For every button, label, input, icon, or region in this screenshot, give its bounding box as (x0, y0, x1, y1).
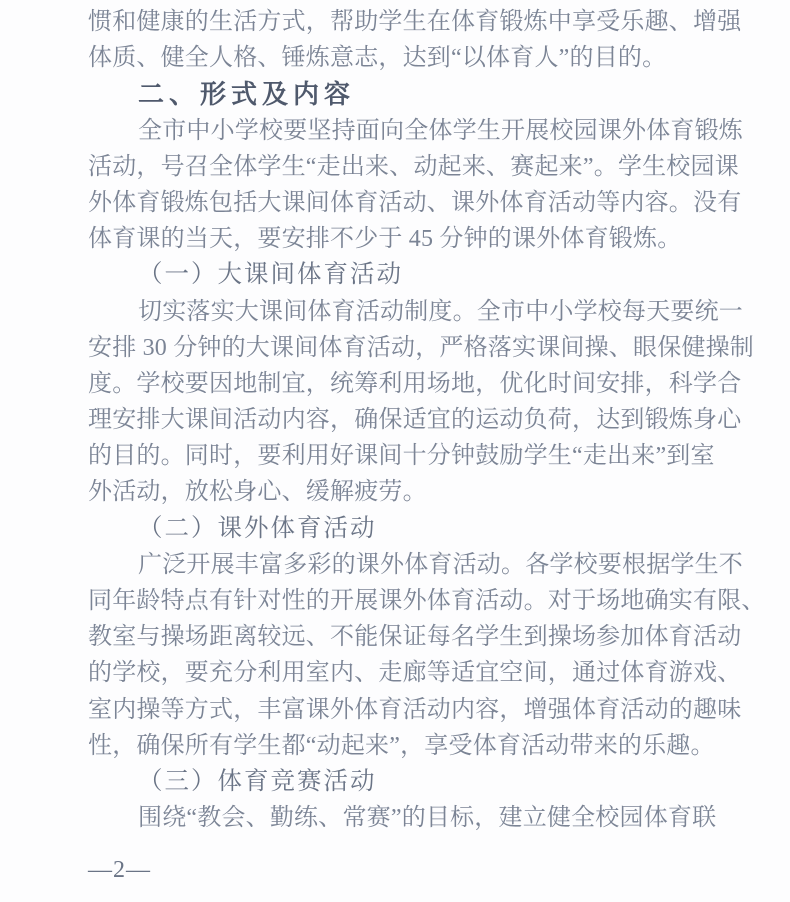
text-line: 教室与操场距离较远、不能保证每名学生到操场参加体育活动 (88, 619, 718, 655)
section-heading: 二、形式及内容 (88, 76, 718, 112)
text-line: 的学校，要充分利用室内、走廊等适宜空间，通过体育游戏、 (88, 655, 718, 691)
text-line: 同年龄特点有针对性的开展课外体育活动。对于场地确实有限、 (88, 583, 718, 619)
text-line: 体育课的当天，要安排不少于 45 分钟的课外体育锻炼。 (88, 221, 718, 257)
page-number: —2— (88, 852, 151, 888)
text-line: 外体育锻炼包括大课间体育活动、课外体育活动等内容。没有 (88, 185, 718, 221)
text-line: 性，确保所有学生都“动起来”，享受体育活动带来的乐趣。 (88, 728, 718, 764)
text-line: 围绕“教会、勤练、常赛”的目标，建立健全校园体育联 (88, 800, 718, 836)
text-line: 全市中小学校要坚持面向全体学生开展校园课外体育锻炼 (88, 113, 718, 149)
document-page: 惯和健康的生活方式，帮助学生在体育锻炼中享受乐趣、增强体质、健全人格、锤炼意志，… (0, 0, 790, 902)
text-line: 理安排大课间活动内容，确保适宜的运动负荷，达到锻炼身心 (88, 402, 718, 438)
text-line: 安排 30 分钟的大课间体育活动，严格落实课间操、眼保健操制 (88, 330, 718, 366)
text-line: 室内操等方式，丰富课外体育活动内容，增强体育活动的趣味 (88, 692, 718, 728)
subsection-heading: （二）课外体育活动 (88, 511, 718, 547)
document-body: 惯和健康的生活方式，帮助学生在体育锻炼中享受乐趣、增强体质、健全人格、锤炼意志，… (88, 4, 718, 836)
text-line: 度。学校要因地制宜，统筹利用场地，优化时间安排，科学合 (88, 366, 718, 402)
text-line: 活动，号召全体学生“走出来、动起来、赛起来”。学生校园课 (88, 149, 718, 185)
text-line: 广泛开展丰富多彩的课外体育活动。各学校要根据学生不 (88, 547, 718, 583)
subsection-heading: （一）大课间体育活动 (88, 257, 718, 293)
subsection-heading: （三）体育竞赛活动 (88, 764, 718, 800)
text-line: 体质、健全人格、锤炼意志，达到“以体育人”的目的。 (88, 40, 718, 76)
text-line: 的目的。同时，要利用好课间十分钟鼓励学生“走出来”到室 (88, 438, 718, 474)
text-line: 外活动，放松身心、缓解疲劳。 (88, 474, 718, 510)
text-line: 惯和健康的生活方式，帮助学生在体育锻炼中享受乐趣、增强 (88, 4, 718, 40)
text-line: 切实落实大课间体育活动制度。全市中小学校每天要统一 (88, 294, 718, 330)
